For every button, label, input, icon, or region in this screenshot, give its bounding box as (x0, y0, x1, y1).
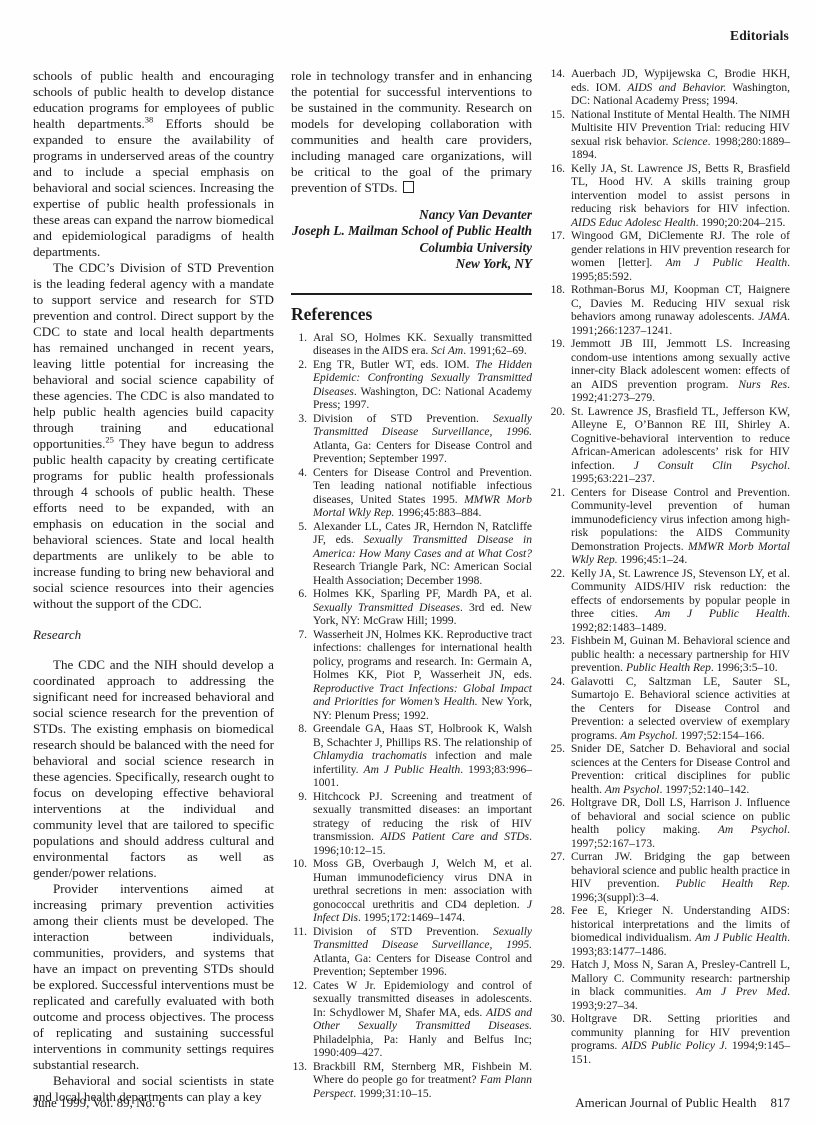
column-3: 14.Auerbach JD, Wypijewska C, Brodie HKH… (549, 68, 790, 1105)
reference-item: 14.Auerbach JD, Wypijewska C, Brodie HKH… (549, 68, 790, 109)
reference-text: Wasserheit JN, Holmes KK. Reproductive t… (313, 629, 532, 724)
reference-item: 8.Greendale GA, Haas ST, Holbrook K, Wal… (291, 723, 532, 791)
reference-item: 17.Wingood GM, DiClemente RJ. The role o… (549, 230, 790, 284)
reference-item: 21.Centers for Disease Control and Preve… (549, 487, 790, 568)
reference-text: Eng TR, Butler WT, eds. IOM. The Hidden … (313, 359, 532, 413)
reference-item: 25.Snider DE, Satcher D. Behavioral and … (549, 743, 790, 797)
reference-text: Holmes KK, Sparling PF, Mardh PA, et al.… (313, 588, 532, 629)
reference-text: Kelly JA, St. Lawrence JS, Betts R, Bras… (571, 163, 790, 231)
reference-item: 3.Division of STD Prevention. Sexually T… (291, 413, 532, 467)
section-divider-rule (291, 293, 532, 295)
reference-item: 29.Hatch J, Moss N, Saran A, Presley-Can… (549, 959, 790, 1013)
reference-text: Fishbein M, Guinan M. Behavioral science… (571, 635, 790, 676)
signature-line: Columbia University (291, 240, 532, 256)
reference-number: 5. (291, 521, 313, 589)
reference-number: 7. (291, 629, 313, 724)
column-2: role in technology transfer and in enhan… (291, 68, 532, 1105)
body-paragraph: Provider interventions aimed at increasi… (33, 881, 274, 1073)
reference-text: Holtgrave DR, Doll LS, Harrison J. Influ… (571, 797, 790, 851)
reference-number: 21. (549, 487, 571, 568)
reference-item: 24.Galavotti C, Saltzman LE, Sauter SL, … (549, 676, 790, 744)
reference-text: Hitchcock PJ. Screening and treatment of… (313, 791, 532, 859)
reference-number: 2. (291, 359, 313, 413)
reference-item: 19.Jemmott JB III, Jemmott LS. Increasin… (549, 338, 790, 406)
reference-number: 6. (291, 588, 313, 629)
body-paragraph: schools of public health and encouraging… (33, 68, 274, 260)
reference-item: 9.Hitchcock PJ. Screening and treatment … (291, 791, 532, 859)
end-of-article-box (403, 181, 414, 193)
reference-text: Fee E, Krieger N. Understanding AIDS: hi… (571, 905, 790, 959)
page-footer: June 1999, Vol. 89, No. 6 American Journ… (33, 1095, 790, 1111)
reference-number: 18. (549, 284, 571, 338)
reference-text: Rothman-Borus MJ, Koopman CT, Haignere C… (571, 284, 790, 338)
running-head-section-label: Editorials (730, 28, 789, 44)
reference-number: 25. (549, 743, 571, 797)
reference-text: Centers for Disease Control and Preventi… (571, 487, 790, 568)
reference-text: Moss GB, Overbaugh J, Welch M, et al. Hu… (313, 858, 532, 926)
reference-number: 9. (291, 791, 313, 859)
reference-text: Division of STD Prevention. Sexually Tra… (313, 413, 532, 467)
reference-item: 10.Moss GB, Overbaugh J, Welch M, et al.… (291, 858, 532, 926)
reference-item: 20.St. Lawrence JS, Brasfield TL, Jeffer… (549, 406, 790, 487)
reference-item: 23.Fishbein M, Guinan M. Behavioral scie… (549, 635, 790, 676)
reference-number: 10. (291, 858, 313, 926)
journal-page: Editorials schools of public health and … (0, 0, 816, 1124)
reference-number: 1. (291, 332, 313, 359)
references-heading: References (291, 304, 532, 325)
reference-text: St. Lawrence JS, Brasfield TL, Jefferson… (571, 406, 790, 487)
reference-text: Kelly JA, St. Lawrence JS, Stevenson LY,… (571, 568, 790, 636)
reference-text: Greendale GA, Haas ST, Holbrook K, Walsh… (313, 723, 532, 791)
reference-number: 23. (549, 635, 571, 676)
reference-text: Hatch J, Moss N, Saran A, Presley-Cantre… (571, 959, 790, 1013)
reference-number: 12. (291, 980, 313, 1061)
column-1-blocks: schools of public health and encouraging… (33, 68, 274, 1105)
reference-item: 15.National Institute of Mental Health. … (549, 109, 790, 163)
footer-issue-info: June 1999, Vol. 89, No. 6 (33, 1095, 165, 1111)
reference-text: Curran JW. Bridging the gap between beha… (571, 851, 790, 905)
reference-number: 24. (549, 676, 571, 744)
reference-number: 22. (549, 568, 571, 636)
body-paragraph: The CDC and the NIH should develop a coo… (33, 657, 274, 881)
reference-text: Holtgrave DR. Setting priorities and com… (571, 1013, 790, 1067)
reference-text: Galavotti C, Saltzman LE, Sauter SL, Sum… (571, 676, 790, 744)
reference-text: Alexander LL, Cates JR, Herndon N, Ratcl… (313, 521, 532, 589)
reference-text: Jemmott JB III, Jemmott LS. Increasing c… (571, 338, 790, 406)
reference-number: 16. (549, 163, 571, 231)
signature-line: Joseph L. Mailman School of Public Healt… (291, 223, 532, 239)
reference-item: 22.Kelly JA, St. Lawrence JS, Stevenson … (549, 568, 790, 636)
reference-item: 30.Holtgrave DR. Setting priorities and … (549, 1013, 790, 1067)
reference-number: 27. (549, 851, 571, 905)
page-content: schools of public health and encouraging… (33, 68, 790, 1105)
reference-item: 4.Centers for Disease Control and Preven… (291, 467, 532, 521)
reference-text: Cates W Jr. Epidemiology and control of … (313, 980, 532, 1061)
reference-list-column-2: 1.Aral SO, Holmes KK. Sexually transmitt… (291, 332, 532, 1102)
reference-number: 20. (549, 406, 571, 487)
reference-item: 1.Aral SO, Holmes KK. Sexually transmitt… (291, 332, 532, 359)
reference-item: 26.Holtgrave DR, Doll LS, Harrison J. In… (549, 797, 790, 851)
reference-number: 28. (549, 905, 571, 959)
reference-item: 11.Division of STD Prevention. Sexually … (291, 926, 532, 980)
signature-line: New York, NY (291, 256, 532, 272)
reference-text: National Institute of Mental Health. The… (571, 109, 790, 163)
reference-text: Centers for Disease Control and Preventi… (313, 467, 532, 521)
reference-item: 18.Rothman-Borus MJ, Koopman CT, Haigner… (549, 284, 790, 338)
continuation-paragraph: role in technology transfer and in enhan… (291, 68, 532, 196)
reference-item: 28.Fee E, Krieger N. Understanding AIDS:… (549, 905, 790, 959)
reference-item: 27.Curran JW. Bridging the gap between b… (549, 851, 790, 905)
footer-journal-info: American Journal of Public Health817 (575, 1095, 790, 1111)
reference-item: 2.Eng TR, Butler WT, eds. IOM. The Hidde… (291, 359, 532, 413)
reference-number: 15. (549, 109, 571, 163)
reference-number: 11. (291, 926, 313, 980)
reference-item: 7.Wasserheit JN, Holmes KK. Reproductive… (291, 629, 532, 724)
reference-item: 12.Cates W Jr. Epidemiology and control … (291, 980, 532, 1061)
footer-journal-title: American Journal of Public Health (575, 1095, 756, 1110)
reference-item: 6.Holmes KK, Sparling PF, Mardh PA, et a… (291, 588, 532, 629)
reference-number: 14. (549, 68, 571, 109)
reference-text: Aral SO, Holmes KK. Sexually transmitted… (313, 332, 532, 359)
reference-item: 5.Alexander LL, Cates JR, Herndon N, Rat… (291, 521, 532, 589)
reference-number: 17. (549, 230, 571, 284)
reference-text: Wingood GM, DiClemente RJ. The role of g… (571, 230, 790, 284)
reference-number: 30. (549, 1013, 571, 1067)
column-1: schools of public health and encouraging… (33, 68, 274, 1105)
reference-number: 19. (549, 338, 571, 406)
reference-text: Division of STD Prevention. Sexually Tra… (313, 926, 532, 980)
reference-text: Auerbach JD, Wypijewska C, Brodie HKH, e… (571, 68, 790, 109)
author-signature-block: Nancy Van DevanterJoseph L. Mailman Scho… (291, 207, 532, 273)
reference-list-column-3: 14.Auerbach JD, Wypijewska C, Brodie HKH… (549, 68, 790, 1067)
reference-text: Snider DE, Satcher D. Behavioral and soc… (571, 743, 790, 797)
reference-number: 3. (291, 413, 313, 467)
reference-item: 16.Kelly JA, St. Lawrence JS, Betts R, B… (549, 163, 790, 231)
reference-number: 8. (291, 723, 313, 791)
footer-page-number: 817 (771, 1095, 791, 1110)
reference-number: 26. (549, 797, 571, 851)
body-paragraph: The CDC’s Division of STD Prevention is … (33, 260, 274, 612)
signature-line: Nancy Van Devanter (291, 207, 532, 223)
reference-number: 29. (549, 959, 571, 1013)
reference-number: 4. (291, 467, 313, 521)
research-subheading: Research (33, 627, 274, 643)
